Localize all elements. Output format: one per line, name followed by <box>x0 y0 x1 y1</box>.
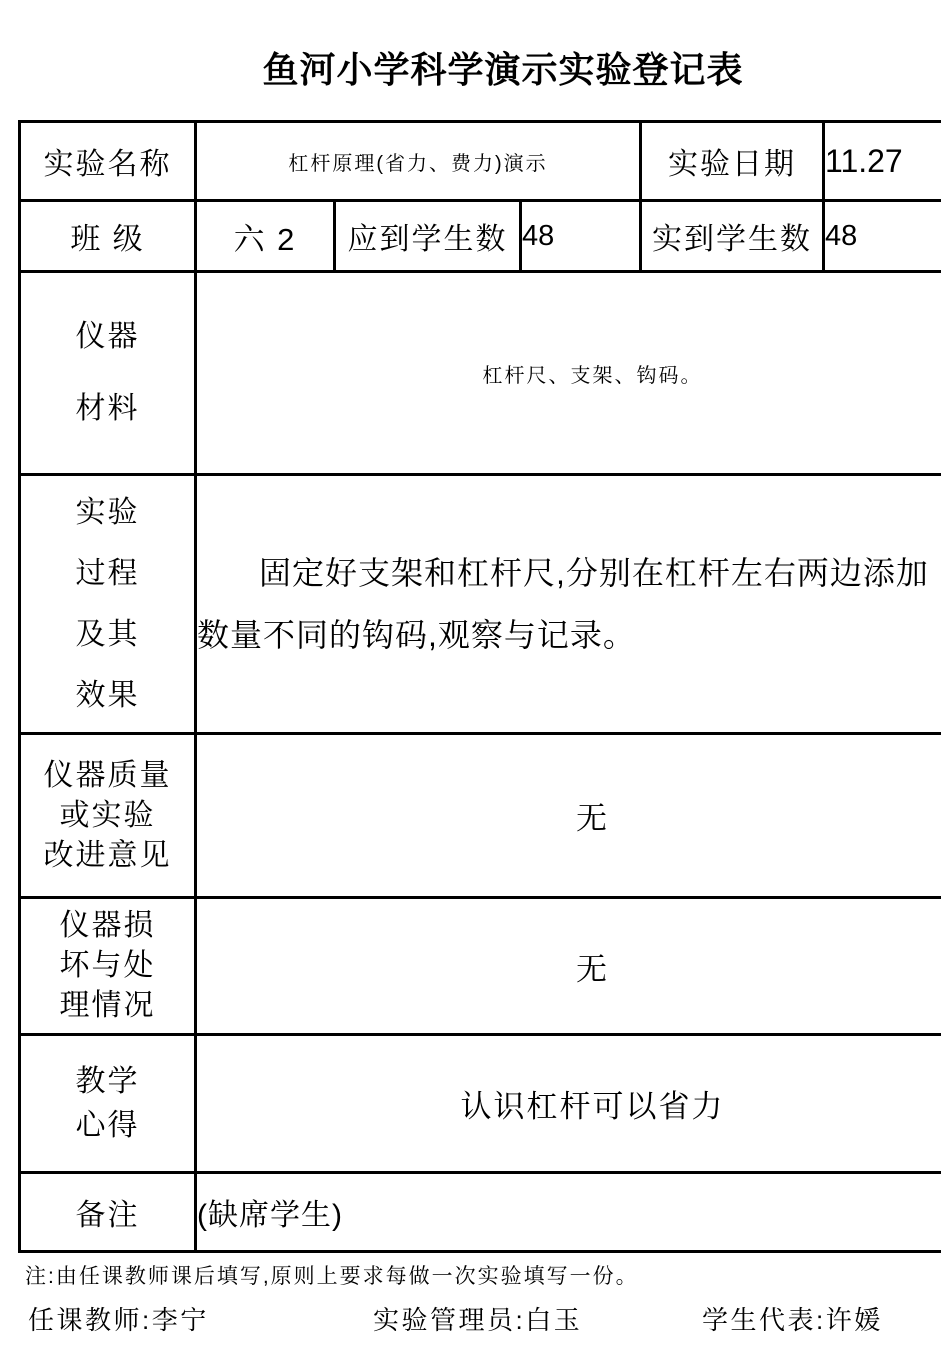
label-line: 仪器质量 <box>21 756 194 796</box>
class-label: 班 级 <box>20 201 196 272</box>
manager-signature: 实验管理员:白玉 <box>373 1300 582 1337</box>
insight-label: 教学 心得 <box>20 1035 196 1173</box>
table-row-remark: 备注 (缺席学生) <box>20 1173 941 1252</box>
process-label: 实验 过程 及其 效果 <box>20 475 196 734</box>
label-line: 理情况 <box>21 986 194 1026</box>
label-line: 教学 <box>21 1060 194 1104</box>
quality-value: 无 <box>196 734 941 898</box>
page-title: 鱼河小学科学演示实验登记表 <box>0 42 941 93</box>
label-line: 仪器 <box>21 301 194 373</box>
label-line: 过程 <box>21 543 194 604</box>
table-row-process: 实验 过程 及其 效果 固定好支架和杠杆尺,分别在杠杆左右两边添加 数量不同的钩… <box>20 475 941 734</box>
label-line: 材料 <box>21 373 194 445</box>
table-row-class: 班 级 六 2 应到学生数 48 实到学生数 48 <box>20 201 941 272</box>
table-row-equipment: 仪器 材料 杠杆尺、支架、钩码。 <box>20 272 941 475</box>
label-line: 改进意见 <box>21 836 194 876</box>
class-value: 六 2 <box>196 201 335 272</box>
experiment-name-label: 实验名称 <box>20 122 196 201</box>
quality-label: 仪器质量 或实验 改进意见 <box>20 734 196 898</box>
actual-students-label: 实到学生数 <box>641 201 824 272</box>
experiment-date-label: 实验日期 <box>641 122 824 201</box>
actual-students-value: 48 <box>824 201 941 272</box>
damage-value: 无 <box>196 898 941 1035</box>
process-value: 固定好支架和杠杆尺,分别在杠杆左右两边添加 数量不同的钩码,观察与记录。 <box>196 475 941 734</box>
student-signature: 学生代表:许媛 <box>702 1300 883 1337</box>
insight-value: 认识杠杆可以省力 <box>196 1035 941 1173</box>
table-row-damage: 仪器损 坏与处 理情况 无 <box>20 898 941 1035</box>
label-line: 坏与处 <box>21 946 194 986</box>
equipment-value: 杠杆尺、支架、钩码。 <box>196 272 941 475</box>
expected-students-value: 48 <box>521 201 641 272</box>
label-line: 心得 <box>21 1104 194 1148</box>
process-text-line: 固定好支架和杠杆尺,分别在杠杆左右两边添加 <box>197 542 941 604</box>
label-line: 及其 <box>21 604 194 665</box>
footnote: 注:由任课教师课后填写,原则上要求每做一次实验填写一份。 <box>25 1260 639 1290</box>
remark-label: 备注 <box>20 1173 196 1252</box>
table-row-experiment-name: 实验名称 杠杆原理(省力、费力)演示 实验日期 11.27 <box>20 122 941 201</box>
registration-form-page: 鱼河小学科学演示实验登记表 实验名称 杠杆原理(省力、费力)演示 实验日期 11… <box>0 0 941 1368</box>
label-line: 效果 <box>21 665 194 726</box>
experiment-name-value: 杠杆原理(省力、费力)演示 <box>196 122 641 201</box>
table-row-insight: 教学 心得 认识杠杆可以省力 <box>20 1035 941 1173</box>
expected-students-label: 应到学生数 <box>335 201 521 272</box>
process-text-line: 数量不同的钩码,观察与记录。 <box>197 604 941 666</box>
experiment-registration-table: 实验名称 杠杆原理(省力、费力)演示 实验日期 11.27 班 级 六 2 应到… <box>18 120 941 1253</box>
remark-value: (缺席学生) <box>196 1173 941 1252</box>
label-line: 实验 <box>21 482 194 543</box>
equipment-label: 仪器 材料 <box>20 272 196 475</box>
signature-line: 任课教师:李宁 实验管理员:白玉 学生代表:许媛 <box>0 1300 941 1340</box>
damage-label: 仪器损 坏与处 理情况 <box>20 898 196 1035</box>
label-line: 或实验 <box>21 796 194 836</box>
teacher-signature: 任课教师:李宁 <box>28 1300 209 1337</box>
label-line: 仪器损 <box>21 906 194 946</box>
experiment-date-value: 11.27 <box>824 122 941 201</box>
table-row-quality: 仪器质量 或实验 改进意见 无 <box>20 734 941 898</box>
